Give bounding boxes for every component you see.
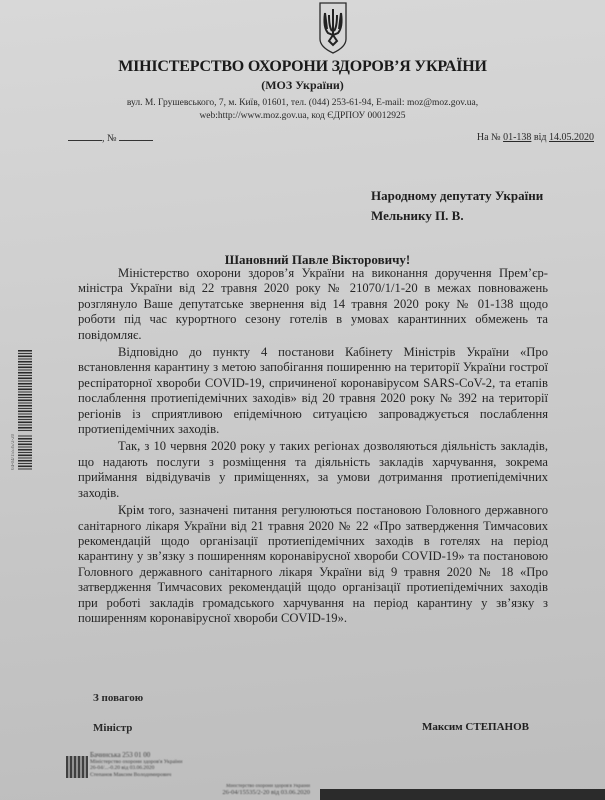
body-paragraph: Так, з 10 червня 2020 року у таких регіо… xyxy=(78,439,548,501)
body-paragraph: Відповідно до пункту 4 постанови Кабінет… xyxy=(78,345,548,437)
letter-body: Міністерство охорони здоров’я України на… xyxy=(78,266,548,626)
addressee-block: Народному депутату України Мельнику П. В… xyxy=(371,186,543,226)
ministry-abbreviation: (МОЗ України) xyxy=(0,78,605,93)
signatory-name: Максим СТЕПАНОВ xyxy=(422,721,529,733)
barcode-bars xyxy=(18,350,32,470)
letter-page: МІНІСТЕРСТВО ОХОРОНИ ЗДОРОВ’Я УКРАЇНИ (М… xyxy=(0,0,605,800)
closing-phrase: З повагою xyxy=(93,692,143,704)
body-paragraph: Крім того, зазначені питання регулюються… xyxy=(78,503,548,626)
incoming-reference: На № 01-138 від 14.05.2020 xyxy=(477,132,594,143)
outgoing-date-blank xyxy=(68,132,102,141)
registration-number: 26-04/15535/2-20 від 03.06.2020 xyxy=(180,790,310,796)
addressee-name: Мельнику П. В. xyxy=(371,206,543,226)
ministry-web-code: web:http://www.moz.gov.ua, код ЄДРПОУ 00… xyxy=(0,111,605,121)
trident-coat-of-arms-icon xyxy=(318,1,348,54)
outgoing-separator: , xyxy=(102,133,105,144)
barcode-digits: 04-04/15535/2-20 xyxy=(11,350,17,470)
incoming-date: 14.05.2020 xyxy=(549,132,594,143)
incoming-label: На № xyxy=(477,132,501,143)
outgoing-number-label: № xyxy=(107,133,117,144)
qr-code-icon xyxy=(66,756,88,778)
barcode-gap xyxy=(18,432,32,435)
signatory-title: Міністр xyxy=(93,722,132,734)
ministry-address: вул. М. Грушевського, 7, м. Київ, 01601,… xyxy=(0,98,605,108)
body-paragraph: Міністерство охорони здоров’я України на… xyxy=(78,266,548,343)
outgoing-reference: , № xyxy=(68,132,153,144)
ministry-title: МІНІСТЕРСТВО ОХОРОНИ ЗДОРОВ’Я УКРАЇНИ xyxy=(0,58,605,76)
incoming-from-label: від xyxy=(534,132,547,143)
outgoing-number-blank xyxy=(119,132,153,141)
photo-edge-shadow xyxy=(320,789,605,800)
registration-stamp: Міністерство охорони здоров'я України 26… xyxy=(180,784,310,796)
barcode-icon: 04-04/15535/2-20 xyxy=(11,350,41,470)
incoming-number: 01-138 xyxy=(503,132,531,143)
addressee-title: Народному депутату України xyxy=(371,186,543,206)
stamp-line: Степанов Максим Володимирович xyxy=(90,772,182,779)
e-signature-stamp: Бачинська 253 01 00 Міністерство охорони… xyxy=(90,752,182,778)
